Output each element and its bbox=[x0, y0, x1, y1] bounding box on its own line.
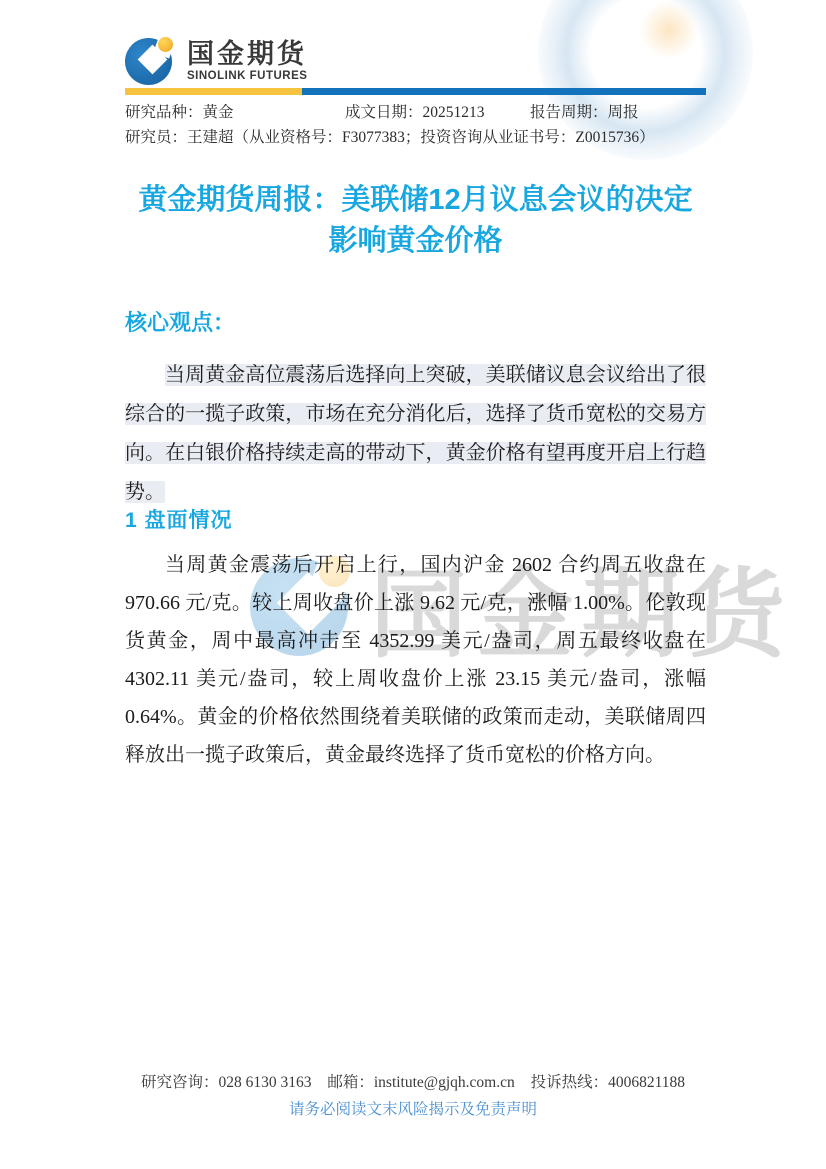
research-variety: 研究品种：黄金 bbox=[125, 100, 345, 122]
company-logo: 国金期货 SINOLINK FUTURES bbox=[125, 36, 307, 86]
footer-contact-line: 研究咨询：028 6130 3163 邮箱：institute@gjqh.com… bbox=[0, 1070, 826, 1092]
logo-cn-text: 国金期货 bbox=[187, 40, 307, 68]
sinolink-logo-icon bbox=[125, 36, 175, 86]
footer-email-label: 邮箱： bbox=[327, 1074, 374, 1091]
report-period: 报告周期：周报 bbox=[530, 100, 639, 122]
research-variety-value: 黄金 bbox=[203, 104, 234, 121]
core-viewpoint-paragraph: 当周黄金高位震荡后选择向上突破，美联储议息会议给出了很综合的一揽子政策，市场在充… bbox=[125, 356, 706, 512]
report-date-value: 20251213 bbox=[423, 104, 485, 121]
report-period-label: 报告周期： bbox=[530, 104, 608, 121]
footer-email: 邮箱：institute@gjqh.com.cn bbox=[327, 1074, 514, 1091]
section1-paragraph: 当周黄金震荡后开启上行，国内沪金 2602 合约周五收盘在 970.66 元/克… bbox=[125, 546, 706, 774]
footer-email-value: institute@gjqh.com.cn bbox=[374, 1074, 515, 1091]
footer-consult-phone: 028 6130 3163 bbox=[218, 1074, 311, 1091]
corner-watermark-orange-spot bbox=[638, 2, 700, 58]
header-divider-bar bbox=[125, 88, 706, 95]
logo-en-text: SINOLINK FUTURES bbox=[187, 70, 307, 82]
footer-disclaimer: 请务必阅读文末风险揭示及免责声明 bbox=[0, 1097, 826, 1119]
research-variety-label: 研究品种： bbox=[125, 104, 203, 121]
report-meta-row: 研究品种：黄金 成文日期：20251213 报告周期：周报 bbox=[125, 100, 725, 122]
footer-hotline: 投诉热线：4006821188 bbox=[531, 1074, 685, 1091]
page-title: 黄金期货周报：美联储12月议息会议的决定影响黄金价格 bbox=[125, 180, 706, 262]
report-period-value: 周报 bbox=[608, 104, 639, 121]
logo-gold-dot bbox=[158, 37, 173, 52]
divider-blue-segment bbox=[302, 88, 706, 95]
logo-text-block: 国金期货 SINOLINK FUTURES bbox=[187, 40, 307, 82]
report-page: 国金期货 SINOLINK FUTURES 研究品种：黄金 成文日期：20251… bbox=[0, 0, 826, 1169]
core-viewpoint-heading: 核心观点： bbox=[125, 306, 235, 337]
core-viewpoint-text: 当周黄金高位震荡后选择向上突破，美联储议息会议给出了很综合的一揽子政策，市场在充… bbox=[125, 364, 706, 503]
report-date: 成文日期：20251213 bbox=[345, 100, 530, 122]
section1-heading: 1 盘面情况 bbox=[125, 504, 233, 534]
footer-consult: 研究咨询：028 6130 3163 bbox=[141, 1074, 312, 1091]
divider-yellow-segment bbox=[125, 88, 302, 95]
footer-hotline-value: 4006821188 bbox=[608, 1074, 685, 1091]
researcher-line: 研究员：王建超（从业资格号：F3077383；投资咨询从业证书号：Z001573… bbox=[125, 125, 725, 147]
report-date-label: 成文日期： bbox=[345, 104, 423, 121]
footer-consult-label: 研究咨询： bbox=[141, 1074, 219, 1091]
footer-hotline-label: 投诉热线： bbox=[531, 1074, 609, 1091]
